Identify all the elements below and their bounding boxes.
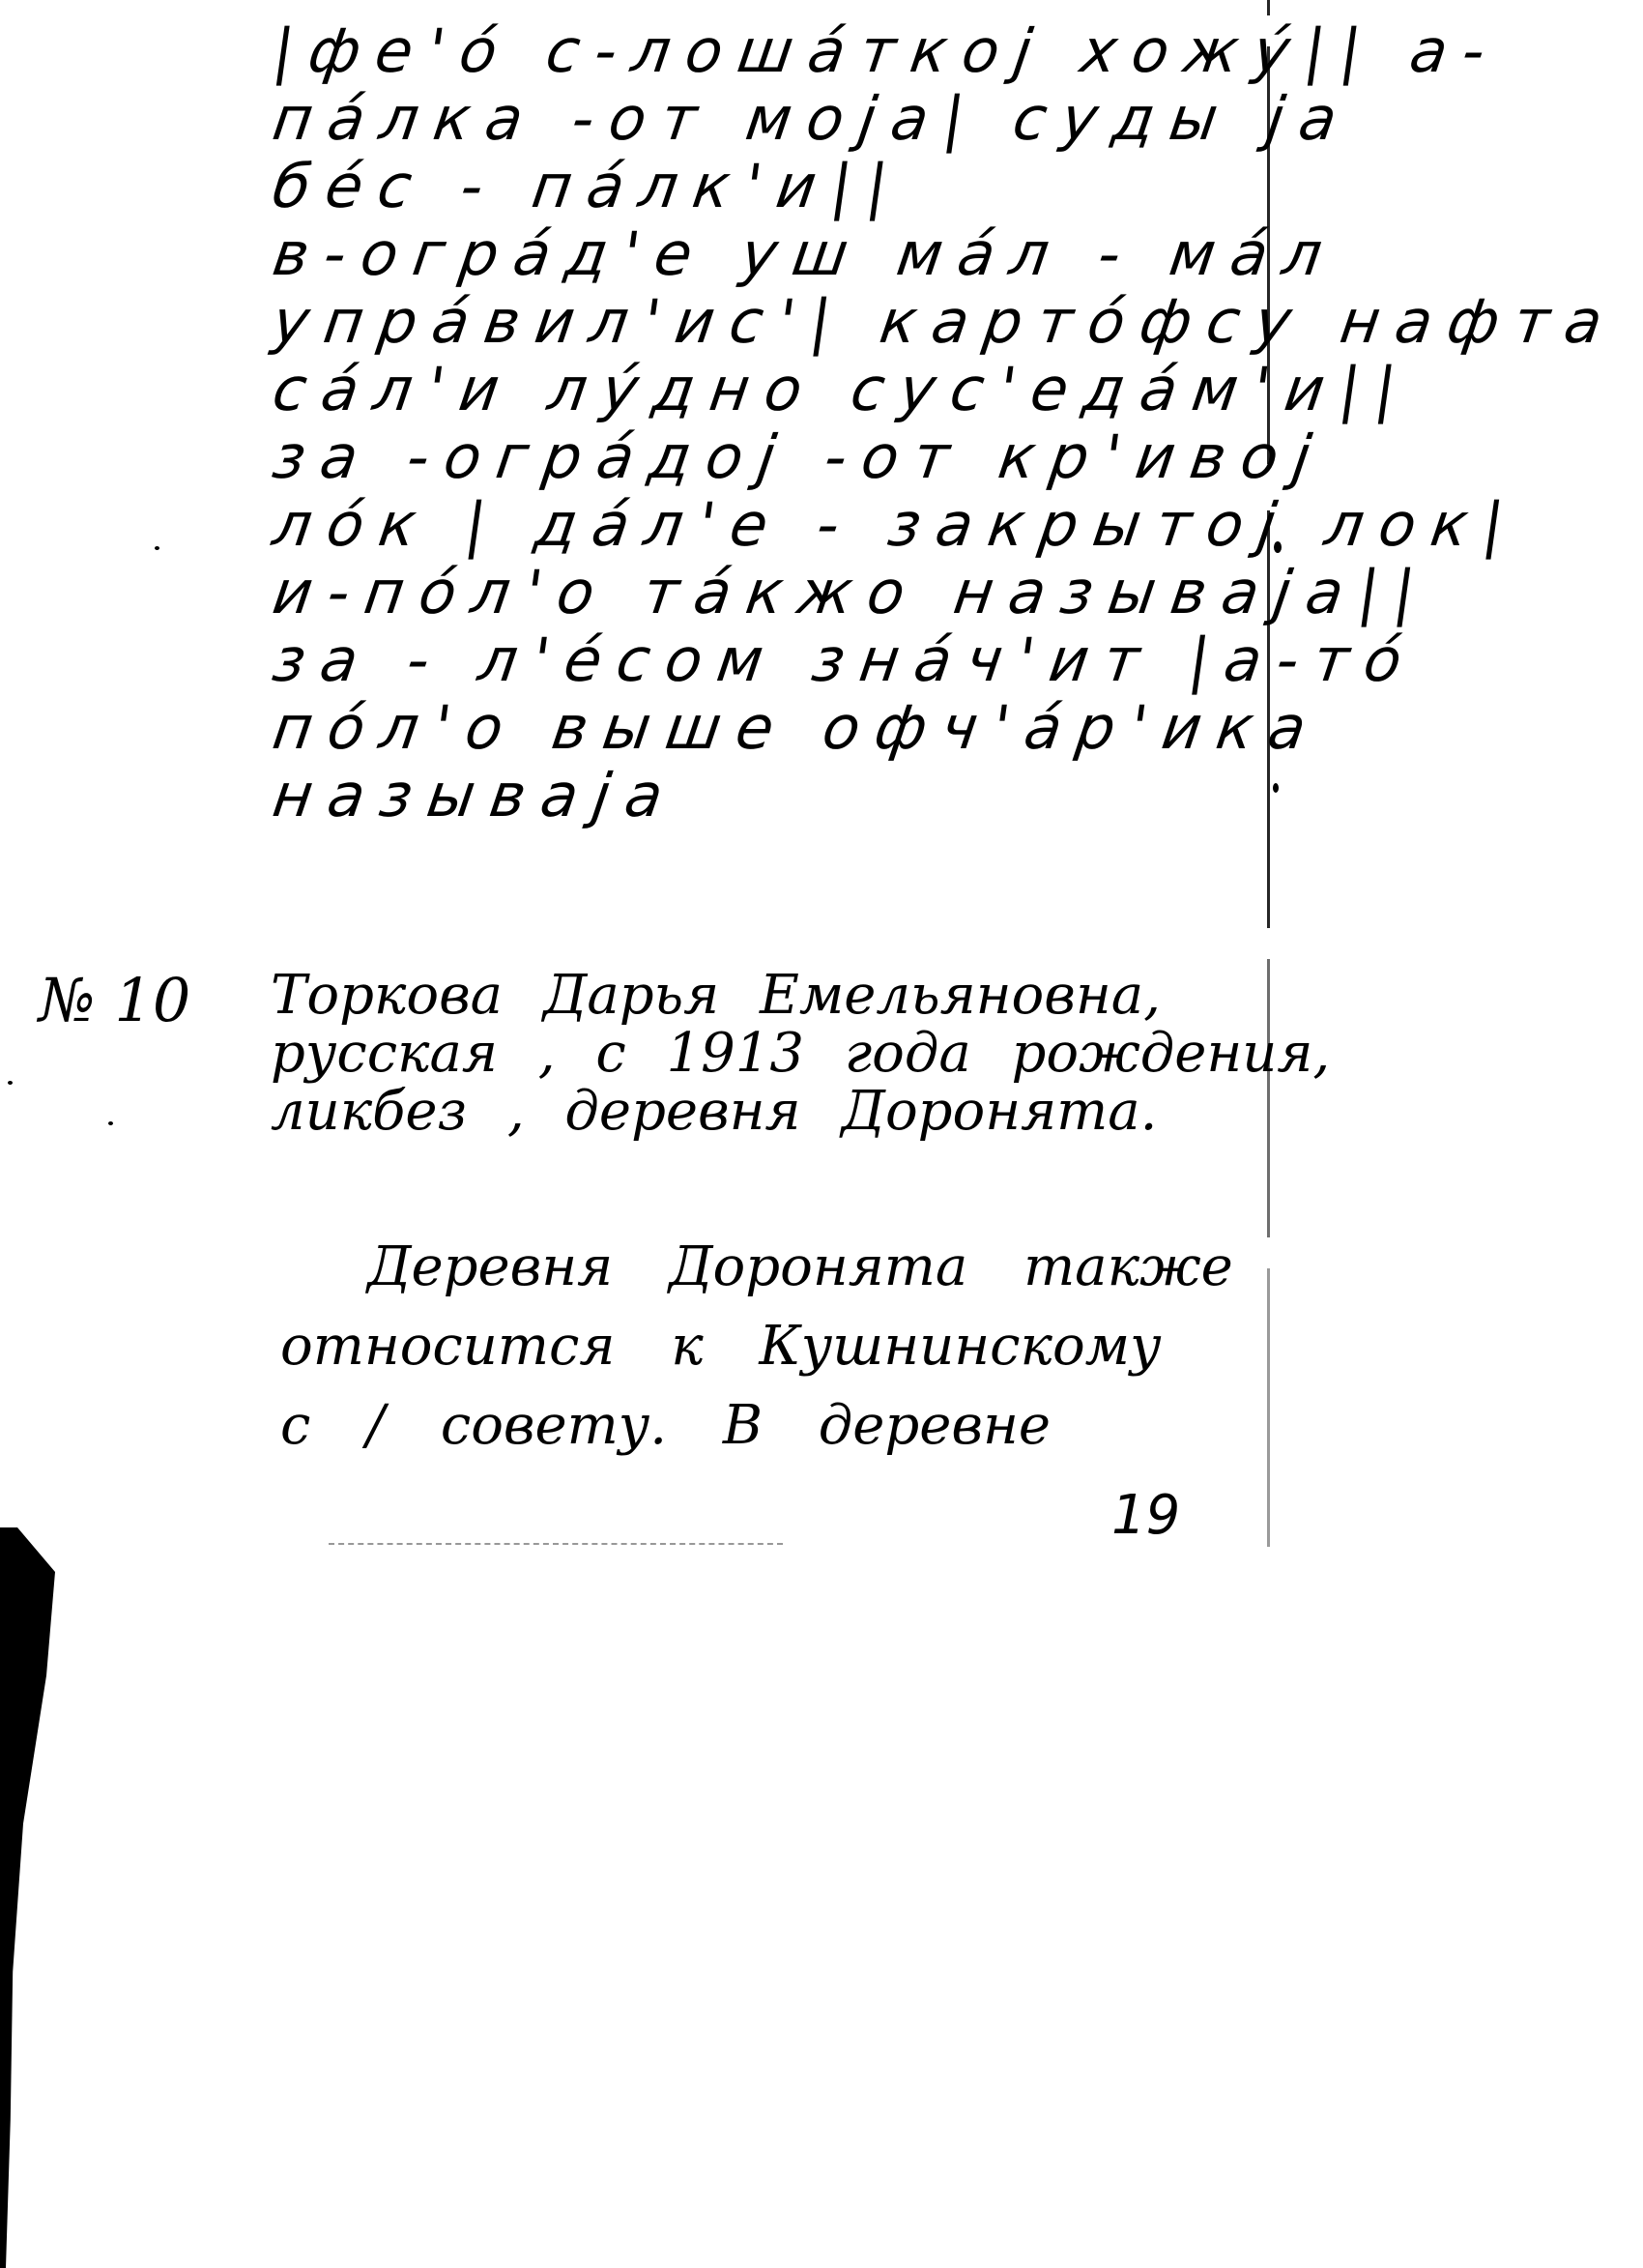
transcript-line: сáл'и лýдно сус'едáм'и|| [269,356,1283,423]
transcript-line: бéс - пáлк'и|| [269,153,1283,220]
page-number: 19 [1111,1484,1180,1547]
transcript-line: пóл'о выше офч'áр'ика [269,694,1283,762]
transcript-line: лóк | дáл'е - закрытој лок| [269,491,1283,559]
entry-number: № 10 [39,967,190,1034]
transcript-line: в-огрáд'е уш мáл - мáл [269,220,1283,288]
transcript-line: и-пóл'о тáкжо называја|| [269,559,1283,626]
scan-shadow-strip [0,1527,58,2268]
paragraph-line: Деревня Доронята также [280,1228,1285,1307]
paragraph-line: с / совету. В деревне [280,1386,1285,1466]
village-paragraph: Деревня Доронята также относится к Кушни… [280,1228,1285,1466]
transcript-line: |фе'ó с-лошáткој хожý|| а- [269,17,1283,85]
transcript-line: за -огрáдој -от кр'ивој [269,423,1283,491]
scanned-page: |фе'ó с-лошáткој хожý|| а- пáлка -от мој… [0,0,1643,2268]
scan-speck [108,1121,113,1125]
bio-line: русская , с 1913 года рождения, [271,1025,1285,1083]
paragraph-line: относится к Кушнинскому [280,1307,1285,1386]
bio-line: Торкова Дарья Емельяновна, [271,967,1285,1025]
page-bottom-edge [329,1543,783,1547]
informant-bio: Торкова Дарья Емельяновна, русская , с 1… [271,967,1285,1141]
scan-speck [155,546,159,550]
bio-line: ликбез , деревня Доронята. [271,1083,1285,1141]
transcript-line: пáлка -от моја| сyды ја [269,85,1283,153]
transcript-line: называја [269,762,1283,829]
scan-speck [8,1081,13,1085]
transcript-line: за - л'éсом знáч'ит |а-тó [269,626,1283,694]
phonetic-transcription: |фе'ó с-лошáткој хожý|| а- пáлка -от мој… [269,17,1274,829]
transcript-line: упрáвил'ис'| картóфсу нафтa [269,288,1283,356]
